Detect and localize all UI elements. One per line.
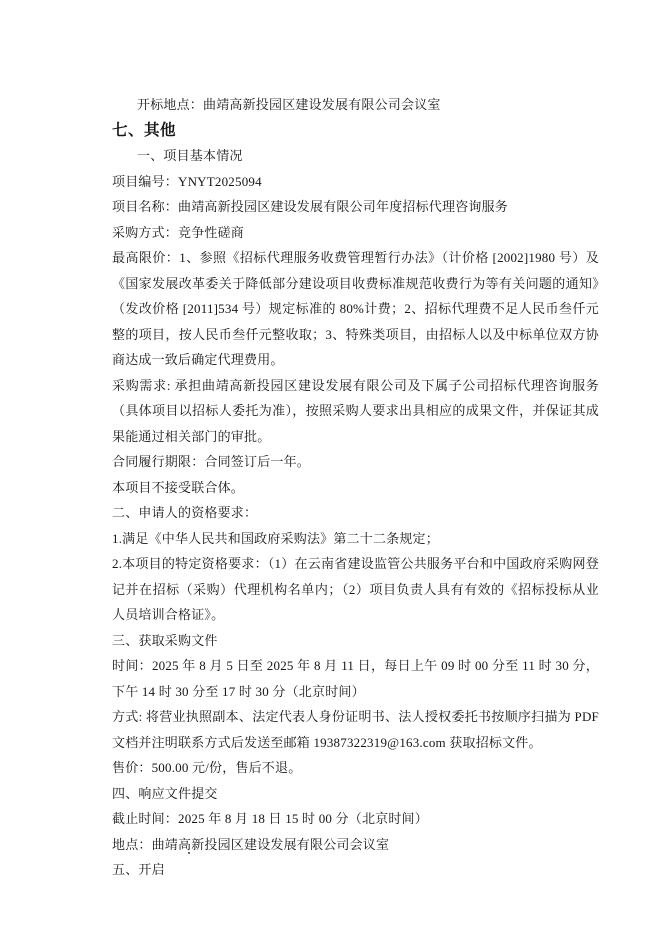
field-submission-deadline: 截止时间：2025 年 8 月 18 日 15 时 00 分（北京时间） [112, 806, 599, 832]
para-qualification-2: 2.本项目的特定资格要求：（1）在云南省建设监管公共服务平台和中国政府采购网登记… [112, 551, 599, 628]
para-bid-opening-location: 开标地点：曲靖高新投园区建设发展有限公司会议室 [112, 92, 599, 118]
field-project-name: 项目名称：曲靖高新投园区建设发展有限公司年度招标代理咨询服务 [112, 194, 599, 220]
para-no-consortium: 本项目不接受联合体。 [112, 475, 599, 501]
section-one-title: 一、项目基本情况 [112, 143, 599, 169]
para-qualification-1: 1.满足《中华人民共和国政府采购法》第二十二条规定； [112, 526, 599, 552]
section-five-title: 五、开启 [112, 857, 599, 883]
document-viewport: 开标地点：曲靖高新投园区建设发展有限公司会议室 七、其他 一、项目基本情况 项目… [0, 0, 672, 949]
para-document-method: 方式: 将营业执照副本、法定代表人身份证明书、法人授权委托书按顺序扫描为 PDF… [112, 704, 599, 755]
section-four-title: 四、响应文件提交 [112, 781, 599, 807]
section-two-title: 二、申请人的资格要求： [112, 500, 599, 526]
section-three-title: 三、获取采购文件 [112, 628, 599, 654]
field-procurement-method: 采购方式：竞争性磋商 [112, 220, 599, 246]
para-procurement-demand: 采购需求: 承担曲靖高新投园区建设发展有限公司及下属子公司招标代理咨询服务（具体… [112, 373, 599, 450]
para-max-price-limit: 最高限价：1、参照《招标代理服务收费管理暂行办法》（计价格 [2002]1980… [112, 245, 599, 373]
field-contract-term: 合同履行期限：合同签订后一年。 [112, 449, 599, 475]
document-page: 开标地点：曲靖高新投园区建设发展有限公司会议室 七、其他 一、项目基本情况 项目… [112, 92, 599, 883]
field-document-price: 售价：500.00 元/份，售后不退。 [112, 755, 599, 781]
scan-artifact-dot [188, 852, 190, 854]
field-submission-location: 地点：曲靖高新投园区建设发展有限公司会议室 [112, 832, 599, 858]
para-document-time: 时间：2025 年 8 月 5 日至 2025 年 8 月 11 日，每日上午 … [112, 653, 599, 704]
heading-section-seven-other: 七、其他 [112, 118, 599, 144]
field-project-number: 项目编号：YNYT2025094 [112, 169, 599, 195]
